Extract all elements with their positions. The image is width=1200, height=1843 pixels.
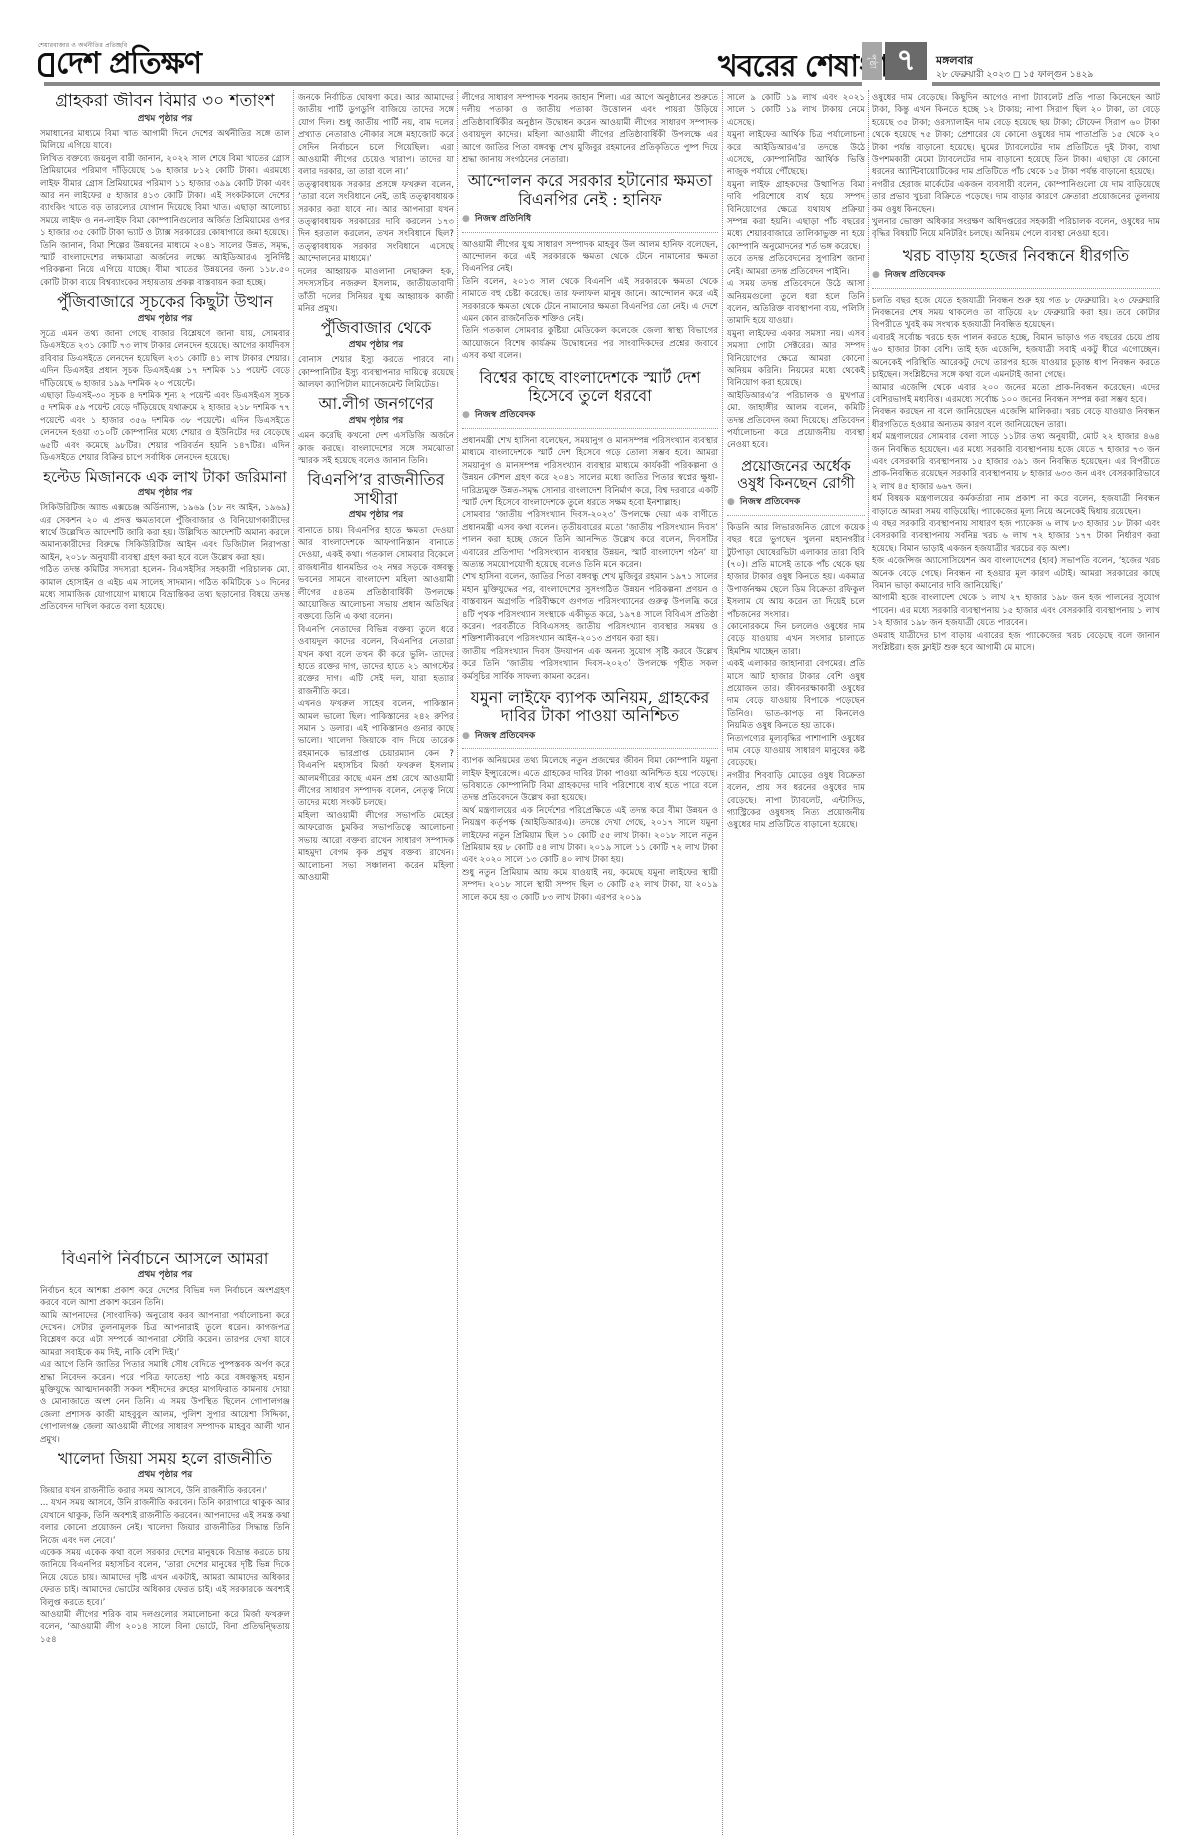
page-label: পৃষ্ঠা xyxy=(862,42,882,80)
paragraph: দলের আহ্বায়ক মাওলানা নেছারুল হক, সদস্যস… xyxy=(298,266,454,316)
top-rule-left xyxy=(44,82,862,86)
paragraph: আমি আপনাদের (সাংবাদিক) অনুরোধ করব আপনারা… xyxy=(40,1310,290,1360)
far-right-column: ওষুধের দাম বেড়েছে। কিছুদিন আগেও নাপা ট্… xyxy=(872,92,1160,1837)
paragraph: সোমবার ‘জাতীয় পরিসংখ্যান দিবস-২০২৩’ উপল… xyxy=(462,509,718,571)
paragraph: গঠিত তদন্ত কমিটির সদস্যরা হলেন- বিএসইসির… xyxy=(40,564,290,614)
article-insurance: গ্রাহকরা জীবন বিমার ৩০ শতাংশ প্রথম পৃষ্ঠ… xyxy=(40,92,290,289)
paragraph: এর আগে তিনি জাতির পিতার সমাধি সৌধ বেদিতে… xyxy=(40,1359,290,1446)
paragraph: এ বছর সরকারি ব্যবস্থাপনায় সাধারণ হজ প্য… xyxy=(872,518,1160,555)
byline: নিজস্ব প্রতিবেদক xyxy=(872,269,1160,288)
continued-label: প্রথম পৃষ্ঠার পর xyxy=(40,487,290,499)
paragraph: ওমরাহ যাত্রীদের চাপ বাড়ায় এবারের হজ প্… xyxy=(872,630,1160,655)
paragraph: নগরীর শিববাড়ি মোড়ের ওষুধ বিক্রেতা বলেন… xyxy=(727,770,865,832)
paragraph: যমুনা লাইফের আর্থিক চিত্র পর্যালোচনা করে… xyxy=(727,129,865,179)
paragraph: লিখিত বক্তব্যে জয়নুল বারী জানান, ২০২২ স… xyxy=(40,153,290,240)
paragraph: হজ এজেন্সিজ অ্যাসোসিয়েশন অব বাংলাদেশের … xyxy=(872,555,1160,592)
paragraph: সিকিউরিটিজ অ্যান্ড এক্সচেঞ্জ অর্ডিন্যান্… xyxy=(40,502,290,564)
paragraph: এখনও ফখরুল সাহেব বলেন, পাকিস্তান আমল ভাল… xyxy=(298,698,454,810)
article-bnp-election: বিএনপি নির্বাচনে আসলে আমরা প্রথম পৃষ্ঠার… xyxy=(40,1250,290,1446)
paragraph: শেখ হাসিনা বলেন, জাতির পিতা বঙ্গবন্ধু শে… xyxy=(462,571,718,645)
page-number: ৭ xyxy=(885,42,927,80)
paragraph: আওয়ামী লীগের যুগ্ম সাধারণ সম্পাদক মাহবু… xyxy=(462,239,718,276)
headline: খালেদা জিয়া সময় হলে রাজনীতি xyxy=(40,1450,290,1468)
paragraph: জাতীয় পরিসংখ্যান দিবস উদযাপন এক অনন্য স… xyxy=(462,646,718,683)
headline: আ.লীগ জনগণের xyxy=(298,395,454,413)
column-divider xyxy=(722,90,723,1835)
paragraph: তবে তদন্ত প্রতিবেদনের সুপারিশ জানা নেই। … xyxy=(727,253,865,278)
logo-emblem-icon xyxy=(38,53,54,77)
article-hanif: আন্দোলন করে সরকার হটানোর ক্ষমতা বিএনপির … xyxy=(462,172,718,362)
paragraph: সূত্রে এমন তথ্য জানা গেছে বাজার বিশ্লেষণ… xyxy=(40,328,290,390)
paragraph: মহিলা আওয়ামী লীগের সভাপতি মেহের আফরোজ চ… xyxy=(298,810,454,884)
paragraph: নগরীর হেরাজ মার্কেটের একজন ব্যবসায়ী বলে… xyxy=(872,179,1160,216)
left-lower-column: বিএনপি নির্বাচনে আসলে আমরা প্রথম পৃষ্ঠার… xyxy=(40,1250,290,1840)
continued-label: প্রথম পৃষ্ঠার পর xyxy=(298,339,454,351)
article-penalty: হল্টেড মিজানকে এক লাখ টাকা জরিমানা প্রথম… xyxy=(40,469,290,614)
paragraph: নিবন্ধন করছেন না বলে জানিয়েছেন এজেন্সি … xyxy=(872,406,1160,431)
article-hajj: খরচ বাড়ায় হজের নিবন্ধনে ধীরগতি নিজস্ব … xyxy=(872,247,1160,655)
paragraph: নিত্যপণ্যের মূল্যবৃদ্ধির পাশাপাশি ওষুধের… xyxy=(727,733,865,770)
article-jamuna-life: যমুনা লাইফে ব্যাপক অনিয়ম, গ্রাহকের দাবি… xyxy=(462,689,718,904)
column-divider xyxy=(293,90,294,1835)
article-khaleda: খালেদা জিয়া সময় হলে রাজনীতি প্রথম পৃষ্… xyxy=(40,1450,290,1646)
column-divider xyxy=(868,90,869,540)
paragraph: তত্ত্বাবধায়ক সরকার প্রসঙ্গে ফখরুল বলেন,… xyxy=(298,179,454,266)
masthead: শেয়ারবাজার ও অর্থনীতির প্রতিচ্ছবি দেশ প… xyxy=(0,0,1200,80)
headline: হল্টেড মিজানকে এক লাখ টাকা জরিমানা xyxy=(40,469,290,486)
top-rule-right xyxy=(932,82,1160,86)
paragraph: খুলনার ভোক্তা অধিকার সংরক্ষণ অধিদপ্তরের … xyxy=(872,216,1160,241)
paragraph: বিএনপি নেতাদের বিভিন্ন বক্তব্য তুলে ধরে … xyxy=(298,624,454,698)
headline: বিএনপি নির্বাচনে আসলে আমরা xyxy=(40,1250,290,1268)
continued-label: প্রথম পৃষ্ঠার পর xyxy=(40,113,290,125)
paragraph: যমুনা লাইফ গ্রাহকদের উত্থাপিত বিমা দাবি … xyxy=(727,179,865,253)
paragraph: ধর্ম মন্ত্রণালয়ের সোমবার বেলা সাড়ে ১১ট… xyxy=(872,431,1160,493)
paragraph: ব্যাপক অনিয়মের তথ্য মিলেছে নতুন প্রজন্ম… xyxy=(462,755,718,805)
paragraph: জনকে নির্বাচিত ঘোষণা করে। আর আমাদের জাতী… xyxy=(298,92,454,179)
paragraph: সালে ৯ কোটি ১৯ লাখ এবং ২০২১ সালে ১ কোটি … xyxy=(727,92,865,129)
paragraph: চলতি বছর হজে যেতে হজযাত্রী নিবন্ধন শুরু … xyxy=(872,295,1160,332)
paragraph: তিনি জানান, বিমা শিল্পের উন্নয়নের মাধ্য… xyxy=(40,240,290,290)
paragraph: তিনি গতকাল সোমবার কুষ্টিয়া মেডিকেল কলেজ… xyxy=(462,325,718,362)
paragraph: একই এলাকার জাহানারা বেগমের। প্রতি মাসে আ… xyxy=(727,658,865,732)
middle-narrow-column: জনকে নির্বাচিত ঘোষণা করে। আর আমাদের জাতী… xyxy=(298,92,454,1837)
paragraph: ধর্ম বিষয়ক মন্ত্রণালয়ের কর্মকর্তারা না… xyxy=(872,493,1160,518)
paragraph: আইডিআরএ’র পরিচালক ও মুখপাত্র মো. জাহাঙ্গ… xyxy=(727,390,865,452)
paragraph: শুধু নতুন প্রিমিয়াম আয় কমে যাওয়াই নয়… xyxy=(462,867,718,904)
headline: যমুনা লাইফে ব্যাপক অনিয়ম, গ্রাহকের দাবি… xyxy=(462,689,718,726)
paragraph: এমন করেছি কখনো দেশ এসডিজি অর্জনে কাজ করছ… xyxy=(298,430,454,467)
paragraph: এ সময় তদন্ত প্রতিবেদনে উঠে আসা অনিয়মগু… xyxy=(727,278,865,328)
article-stock-from: পুঁজিবাজার থেকে প্রথম পৃষ্ঠার পর বোনাস শ… xyxy=(298,319,454,391)
headline: আন্দোলন করে সরকার হটানোর ক্ষমতা বিএনপির … xyxy=(462,172,718,209)
continued-label: প্রথম পৃষ্ঠার পর xyxy=(298,509,454,521)
byline: নিজস্ব প্রতিবেদক xyxy=(462,730,718,749)
headline: পুঁজিবাজার থেকে xyxy=(298,319,454,337)
paragraph: বানাতে চায়। বিএনপির হাতে ক্ষমতা দেওয়া … xyxy=(298,525,454,624)
paragraph: প্রধানমন্ত্রী শেখ হাসিনা বলেছেন, সময়ানু… xyxy=(462,435,718,509)
paragraph: বোনাস শেয়ার ইস্যু করতে পারবে না। কোম্পা… xyxy=(298,354,454,391)
headline: খরচ বাড়ায় হজের নিবন্ধনে ধীরগতি xyxy=(872,247,1160,265)
right-narrow-column: সালে ৯ কোটি ১৯ লাখ এবং ২০২১ সালে ১ কোটি … xyxy=(727,92,865,1837)
paragraph: আমার এজেন্সি থেকে এবার ২০০ জনের মতো প্রা… xyxy=(872,382,1160,407)
paragraph: এছাড়া ডিএসই-৩০ সূচক ৪ দশমিক শূন্য ২ পয়… xyxy=(40,390,290,464)
headline: পুঁজিবাজারে সূচকের কিছুটা উত্থান xyxy=(40,293,290,311)
issue-date: ২৮ ফেব্রুয়ারী ২০২৩ ◻ ১৫ ফাল্গুন ১৪২৯ xyxy=(936,67,1093,82)
paragraph: যমুনা লাইফের একার সমস্যা নয়। এসব সমস্যা… xyxy=(727,328,865,390)
article-smart-bangladesh: বিশ্বের কাছে বাংলাদেশকে স্মার্ট দেশ হিসে… xyxy=(462,369,718,683)
paragraph: লীগের সাধারণ সম্পাদক শবনম জাহান শিলা। এর… xyxy=(462,92,718,166)
article-medicine: প্রয়োজনের অর্ধেক ওষুধ কিনছেন রোগী নিজস্… xyxy=(727,458,865,832)
article-bnp-allies: বিএনপি’র রাজনীতির সাথীরা প্রথম পৃষ্ঠার প… xyxy=(298,471,454,884)
headline: বিএনপি’র রাজনীতির সাথীরা xyxy=(298,471,454,508)
paragraph: তিনি বলেন, ২০১৩ সাল থেকে বিএনপি এই সরকার… xyxy=(462,276,718,326)
continued-label: প্রথম পৃষ্ঠার পর xyxy=(40,1269,290,1281)
paragraph: নির্বাচন হবে আশঙ্কা প্রকাশ করে দেশের বিভ… xyxy=(40,1285,290,1310)
paragraph: কিডনি আর লিভারজনিত রোগে কয়েক বছর ধরে ভু… xyxy=(727,522,865,621)
paragraph: ওষুধের দাম বেড়েছে। কিছুদিন আগেও নাপা ট্… xyxy=(872,92,1160,179)
paragraph: একেক সময় একেক কথা বলে সরকার দেশের মানুষ… xyxy=(40,1547,290,1609)
headline: গ্রাহকরা জীবন বিমার ৩০ শতাংশ xyxy=(40,92,290,112)
continued-label: প্রথম পৃষ্ঠার পর xyxy=(40,313,290,325)
paragraph: জিয়ার যখন রাজনীতি করার সময় আসবে, উনি র… xyxy=(40,1485,290,1497)
article-stock-market-rise: পুঁজিবাজারে সূচকের কিছুটা উত্থান প্রথম প… xyxy=(40,293,290,464)
continued-label: প্রথম পৃষ্ঠার পর xyxy=(298,415,454,427)
center-column: লীগের সাধারণ সম্পাদক শবনম জাহান শিলা। এর… xyxy=(462,92,718,1837)
paragraph: কোনোরকমে দিন চললেও ওষুধের দাম বেড়ে যাওয… xyxy=(727,621,865,658)
paragraph: অর্থ মন্ত্রণালয়ের এক নির্দেশের পরিপ্রেক… xyxy=(462,805,718,867)
logo: শেয়ারবাজার ও অর্থনীতির প্রতিচ্ছবি দেশ প… xyxy=(38,40,201,79)
paragraph: এবারই সর্বোচ্চ খরচে হজ পালন করতে হচ্ছে, … xyxy=(872,332,1160,382)
byline: নিজস্ব প্রতিবেদক xyxy=(727,496,865,515)
logo-text: দেশ প্রতিক্ষণ xyxy=(56,46,201,81)
paragraph: সমাধানের মাধ্যমে বিমা খাত আগামী দিনে দেশ… xyxy=(40,128,290,153)
paragraph: আওয়ামী লীগের শরিক বাম দলগুলোর সমালোচনা … xyxy=(40,1609,290,1646)
continued-label: প্রথম পৃষ্ঠার পর xyxy=(40,1469,290,1481)
headline: বিশ্বের কাছে বাংলাদেশকে স্মার্ট দেশ হিসে… xyxy=(462,369,718,406)
article-awami-public: আ.লীগ জনগণের প্রথম পৃষ্ঠার পর এমন করেছি … xyxy=(298,395,454,467)
paragraph: ... যখন সময় আসবে, উনি রাজনীতি করবেন। তি… xyxy=(40,1497,290,1547)
byline: নিজস্ব প্রতিবেদক xyxy=(462,409,718,428)
paragraph: আগামী হজে বাংলাদেশ থেকে ১ লাখ ২৭ হাজার ১… xyxy=(872,592,1160,629)
column-divider xyxy=(457,90,458,1835)
headline: প্রয়োজনের অর্ধেক ওষুধ কিনছেন রোগী xyxy=(727,458,865,493)
byline: নিজস্ব প্রতিনিধি xyxy=(462,213,718,232)
